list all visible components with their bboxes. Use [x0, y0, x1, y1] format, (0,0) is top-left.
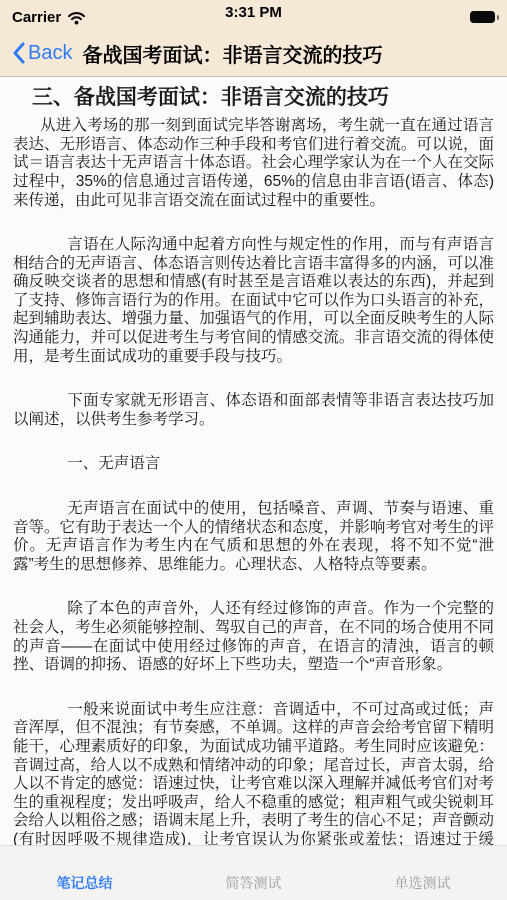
article-paragraph: 无声语言在面试中的使用，包括嗓音、声调、节奏与语速、重音等。它有助于表达一个人的…	[13, 500, 494, 574]
article-paragraph: 下面专家就无形语言、体态语和面部表情等非语言表达技巧加以阐述，以供考生参考学习。	[13, 392, 494, 429]
article-paragraph: 一般来说面试中考生应注意：音调适中，不可过高或过低；声音浑厚，但不混浊；有节奏感…	[13, 701, 494, 845]
back-button[interactable]: Back	[12, 42, 72, 65]
page-title: 备战国考面试：非语言交流的技巧	[82, 39, 382, 68]
bottom-tab-bar: 笔记总结 简答测试 单选测试	[0, 845, 507, 900]
chevron-left-icon	[12, 42, 25, 64]
article-scroll-area[interactable]: 三、备战国考面试：非语言交流的技巧 从进入考场的那一刻到面试完毕答谢离场，考生就…	[0, 78, 507, 845]
section-heading: 一、无声语言	[13, 455, 494, 474]
battery-full-icon	[470, 11, 495, 23]
tab-notes-summary[interactable]: 笔记总结	[0, 846, 169, 900]
status-bar: Carrier 3:31 PM	[0, 0, 507, 30]
article-paragraph: 言语在人际沟通中起着方向性与规定性的作用，而与有声语言相结合的无声语言、体态语言…	[13, 236, 494, 366]
article-heading: 三、备战国考面试：非语言交流的技巧	[13, 86, 494, 110]
back-button-label: Back	[28, 42, 72, 65]
tab-multiple-choice-test[interactable]: 单选测试	[338, 846, 507, 900]
wifi-icon	[67, 10, 86, 25]
navigation-bar: Back 备战国考面试：非语言交流的技巧	[0, 30, 507, 77]
carrier-label: Carrier	[12, 9, 61, 26]
tab-short-answer-test[interactable]: 简答测试	[169, 846, 338, 900]
article-paragraph: 除了本色的声音外，人还有经过修饰的声音。作为一个完整的社会人，考生必须能够控制、…	[13, 600, 494, 674]
article-paragraph: 从进入考场的那一刻到面试完毕答谢离场，考生就一直在通过语言表达、无形语言、体态动…	[13, 117, 494, 210]
